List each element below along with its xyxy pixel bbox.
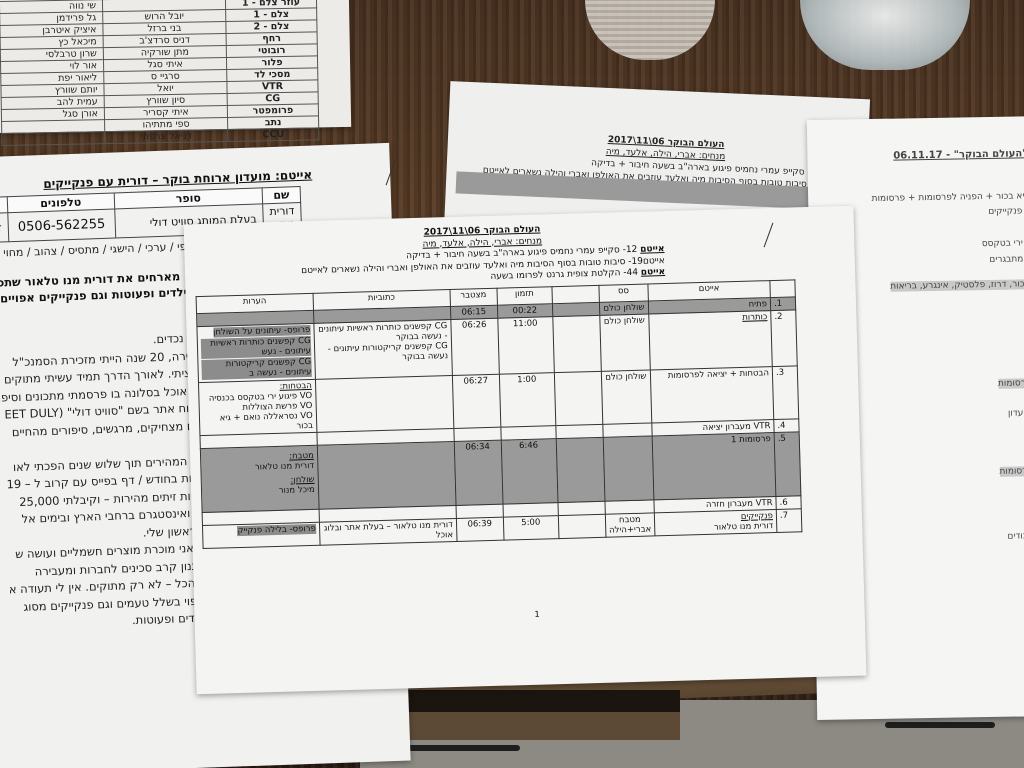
crew-name: אור לוי xyxy=(0,60,103,74)
guest-phone: 0506-562255 xyxy=(8,209,116,242)
row-notes: פרופס- עיתונים על השולחןCG קפשנים כותרות… xyxy=(197,323,315,382)
row-number: 4. xyxy=(774,419,799,433)
item-title: כותרות xyxy=(742,312,767,323)
row-duration: 1:00 xyxy=(499,373,555,428)
crew-name: אורן סגל xyxy=(1,108,104,122)
header-name: שם xyxy=(262,186,300,203)
crew-table: עוזר צלם - 1שי נווהצלם - 1יובל הרושגל פר… xyxy=(0,0,319,146)
row-cumulative xyxy=(456,504,503,518)
main-rundown-sheet: העולם הבוקר 06\11\2017 מנחים: אברי, הילה… xyxy=(184,206,867,695)
row-captions: CG קפשנים כותרות ראשיות עיתונים - נעשה ב… xyxy=(314,320,453,380)
row-duration: 11:00 xyxy=(498,317,555,375)
crew-name: דניאל צרפתי xyxy=(105,130,228,144)
page-number: 1 xyxy=(534,610,539,619)
row-set: שולחן כולם xyxy=(600,314,651,371)
row-number: 7. xyxy=(776,509,802,533)
main-rundown-header: העולם הבוקר 06\11\2017 מנחים: אברי, הילה… xyxy=(300,221,665,289)
crew-name: ליאור יפת xyxy=(1,72,104,86)
item-title: הבטחות + יציאה לפרסומות xyxy=(668,368,769,381)
desk-gap xyxy=(380,690,680,712)
guest-role: ז xyxy=(0,213,9,243)
note-line: דורית מנו טלאור xyxy=(204,461,314,474)
row-item: פרסומות 1 xyxy=(652,433,776,500)
row-cumulative xyxy=(454,427,501,441)
crew-name: עמית להב xyxy=(1,96,104,110)
right-rundown-line: - פנקייקים xyxy=(988,206,1024,217)
item-title: פרסומות 1 xyxy=(731,434,771,445)
crew-name: איציק איטרבן xyxy=(0,24,103,38)
row-set: מטבח אברי+הילה xyxy=(605,513,655,537)
row-captions xyxy=(317,441,456,509)
crew-name: גל פרידמן xyxy=(0,12,103,26)
item-subtitle: דורית מנו טלאור xyxy=(714,521,774,533)
row-cumulative: 06:34 xyxy=(454,440,503,505)
highlighted-note: CG קפשנים כותרות ראשיות עיתונים - נעש xyxy=(201,336,311,359)
item-title: VTR מעברון חזרה xyxy=(706,498,773,510)
right-rundown-line: פרסומות xyxy=(998,378,1024,389)
item-title: VTR מעברון יציאה xyxy=(702,421,770,433)
right-rundown-title: "העולם הבוקר" - 06.11.17 xyxy=(893,148,1024,161)
row-captions: דורית מנו טלאור – בעלת אתר ובלוג אוכל xyxy=(319,518,457,545)
note-line: מיכל מנור xyxy=(205,485,315,498)
note-line: VO נסראללה נואם + גיא בכור xyxy=(203,411,313,434)
row-spacer xyxy=(556,424,603,438)
crew-name: מיכאל כץ xyxy=(0,36,103,50)
row-number: 2. xyxy=(771,310,798,367)
crew-role: CCU xyxy=(228,128,319,142)
highlighted-note: פרופס- בלילה פנקייק xyxy=(237,524,316,536)
row-spacer xyxy=(554,371,602,425)
row-notes: הבטחות:VO פיגוע ירי בטקסס בכנסיהVO פרשת … xyxy=(198,379,316,435)
right-rundown-line: אבודים xyxy=(1007,531,1024,541)
item-title: פתיח xyxy=(749,299,768,310)
right-rundown-line: - ירי בטקסס xyxy=(982,238,1024,249)
row-duration: 6:46 xyxy=(501,439,558,505)
row-spacer xyxy=(553,315,602,372)
metal-bracket xyxy=(885,722,995,728)
note-label: אייטם xyxy=(640,244,665,255)
row-number: 3. xyxy=(772,366,798,420)
crew-name: שרון טרבלסי xyxy=(0,48,103,62)
row-spacer xyxy=(558,501,605,515)
crew-name: יותם שוורץ xyxy=(1,84,104,98)
desk-lower-board xyxy=(380,712,680,740)
row-notes: מטבח:דורית מנו טלאורשולחן:מיכל מנור xyxy=(200,445,318,512)
column-header: מצטבר xyxy=(450,288,497,306)
right-rundown-line: גיא בכור + הפניה לפרסומות + פרסומות xyxy=(872,191,1024,204)
row-cumulative: 06:27 xyxy=(452,374,500,428)
right-rundown-line: המתבגרים xyxy=(989,254,1024,265)
row-item: הבטחות + יציאה לפרסומות xyxy=(650,367,773,423)
column-header: סס xyxy=(599,284,649,302)
highlighted-note: CG קפשנים קריקטורות עיתונים - נעשה ב xyxy=(201,357,311,380)
right-rundown-line: בכור, דרוז, פלסטיק, אינגרע, בריאות xyxy=(890,279,1024,291)
right-rundown-line: מועדון xyxy=(1008,408,1024,418)
note-label: אייטם xyxy=(641,267,666,278)
row-spacer xyxy=(558,514,606,538)
row-spacer xyxy=(556,437,605,502)
row-item: פנקייקיםדורית מנו טלאור xyxy=(654,510,777,536)
column-header xyxy=(552,285,599,303)
row-cumulative: 06:39 xyxy=(456,517,504,541)
row-captions xyxy=(315,376,453,433)
row-notes: פרופס- בלילה פנקייק xyxy=(202,522,319,548)
row-set: שולחן כולם xyxy=(601,370,652,424)
row-number: 1. xyxy=(770,297,795,311)
row-set xyxy=(603,436,654,501)
row-number: 6. xyxy=(776,496,801,510)
right-rundown-line: פרסומות xyxy=(999,466,1024,477)
row-cumulative: 06:26 xyxy=(451,318,500,375)
crew-name xyxy=(2,132,105,146)
header-role: תפק xyxy=(0,197,8,214)
row-cumulative: 06:15 xyxy=(450,305,497,319)
row-item: כותרות xyxy=(649,311,773,370)
column-header: תזמון xyxy=(497,287,552,306)
row-duration: 5:00 xyxy=(503,516,559,541)
metal-bracket xyxy=(400,745,520,751)
rundown-table: אייטםססתזמוןמצטברכתוביותהערות1.פתיחשולחן… xyxy=(196,279,803,549)
row-spacer xyxy=(552,302,599,316)
crew-list-sheet: עוזר צלם - 1שי נווהצלם - 1יובל הרושגל פר… xyxy=(0,0,351,133)
column-header xyxy=(770,280,795,298)
row-number: 5. xyxy=(774,432,801,497)
